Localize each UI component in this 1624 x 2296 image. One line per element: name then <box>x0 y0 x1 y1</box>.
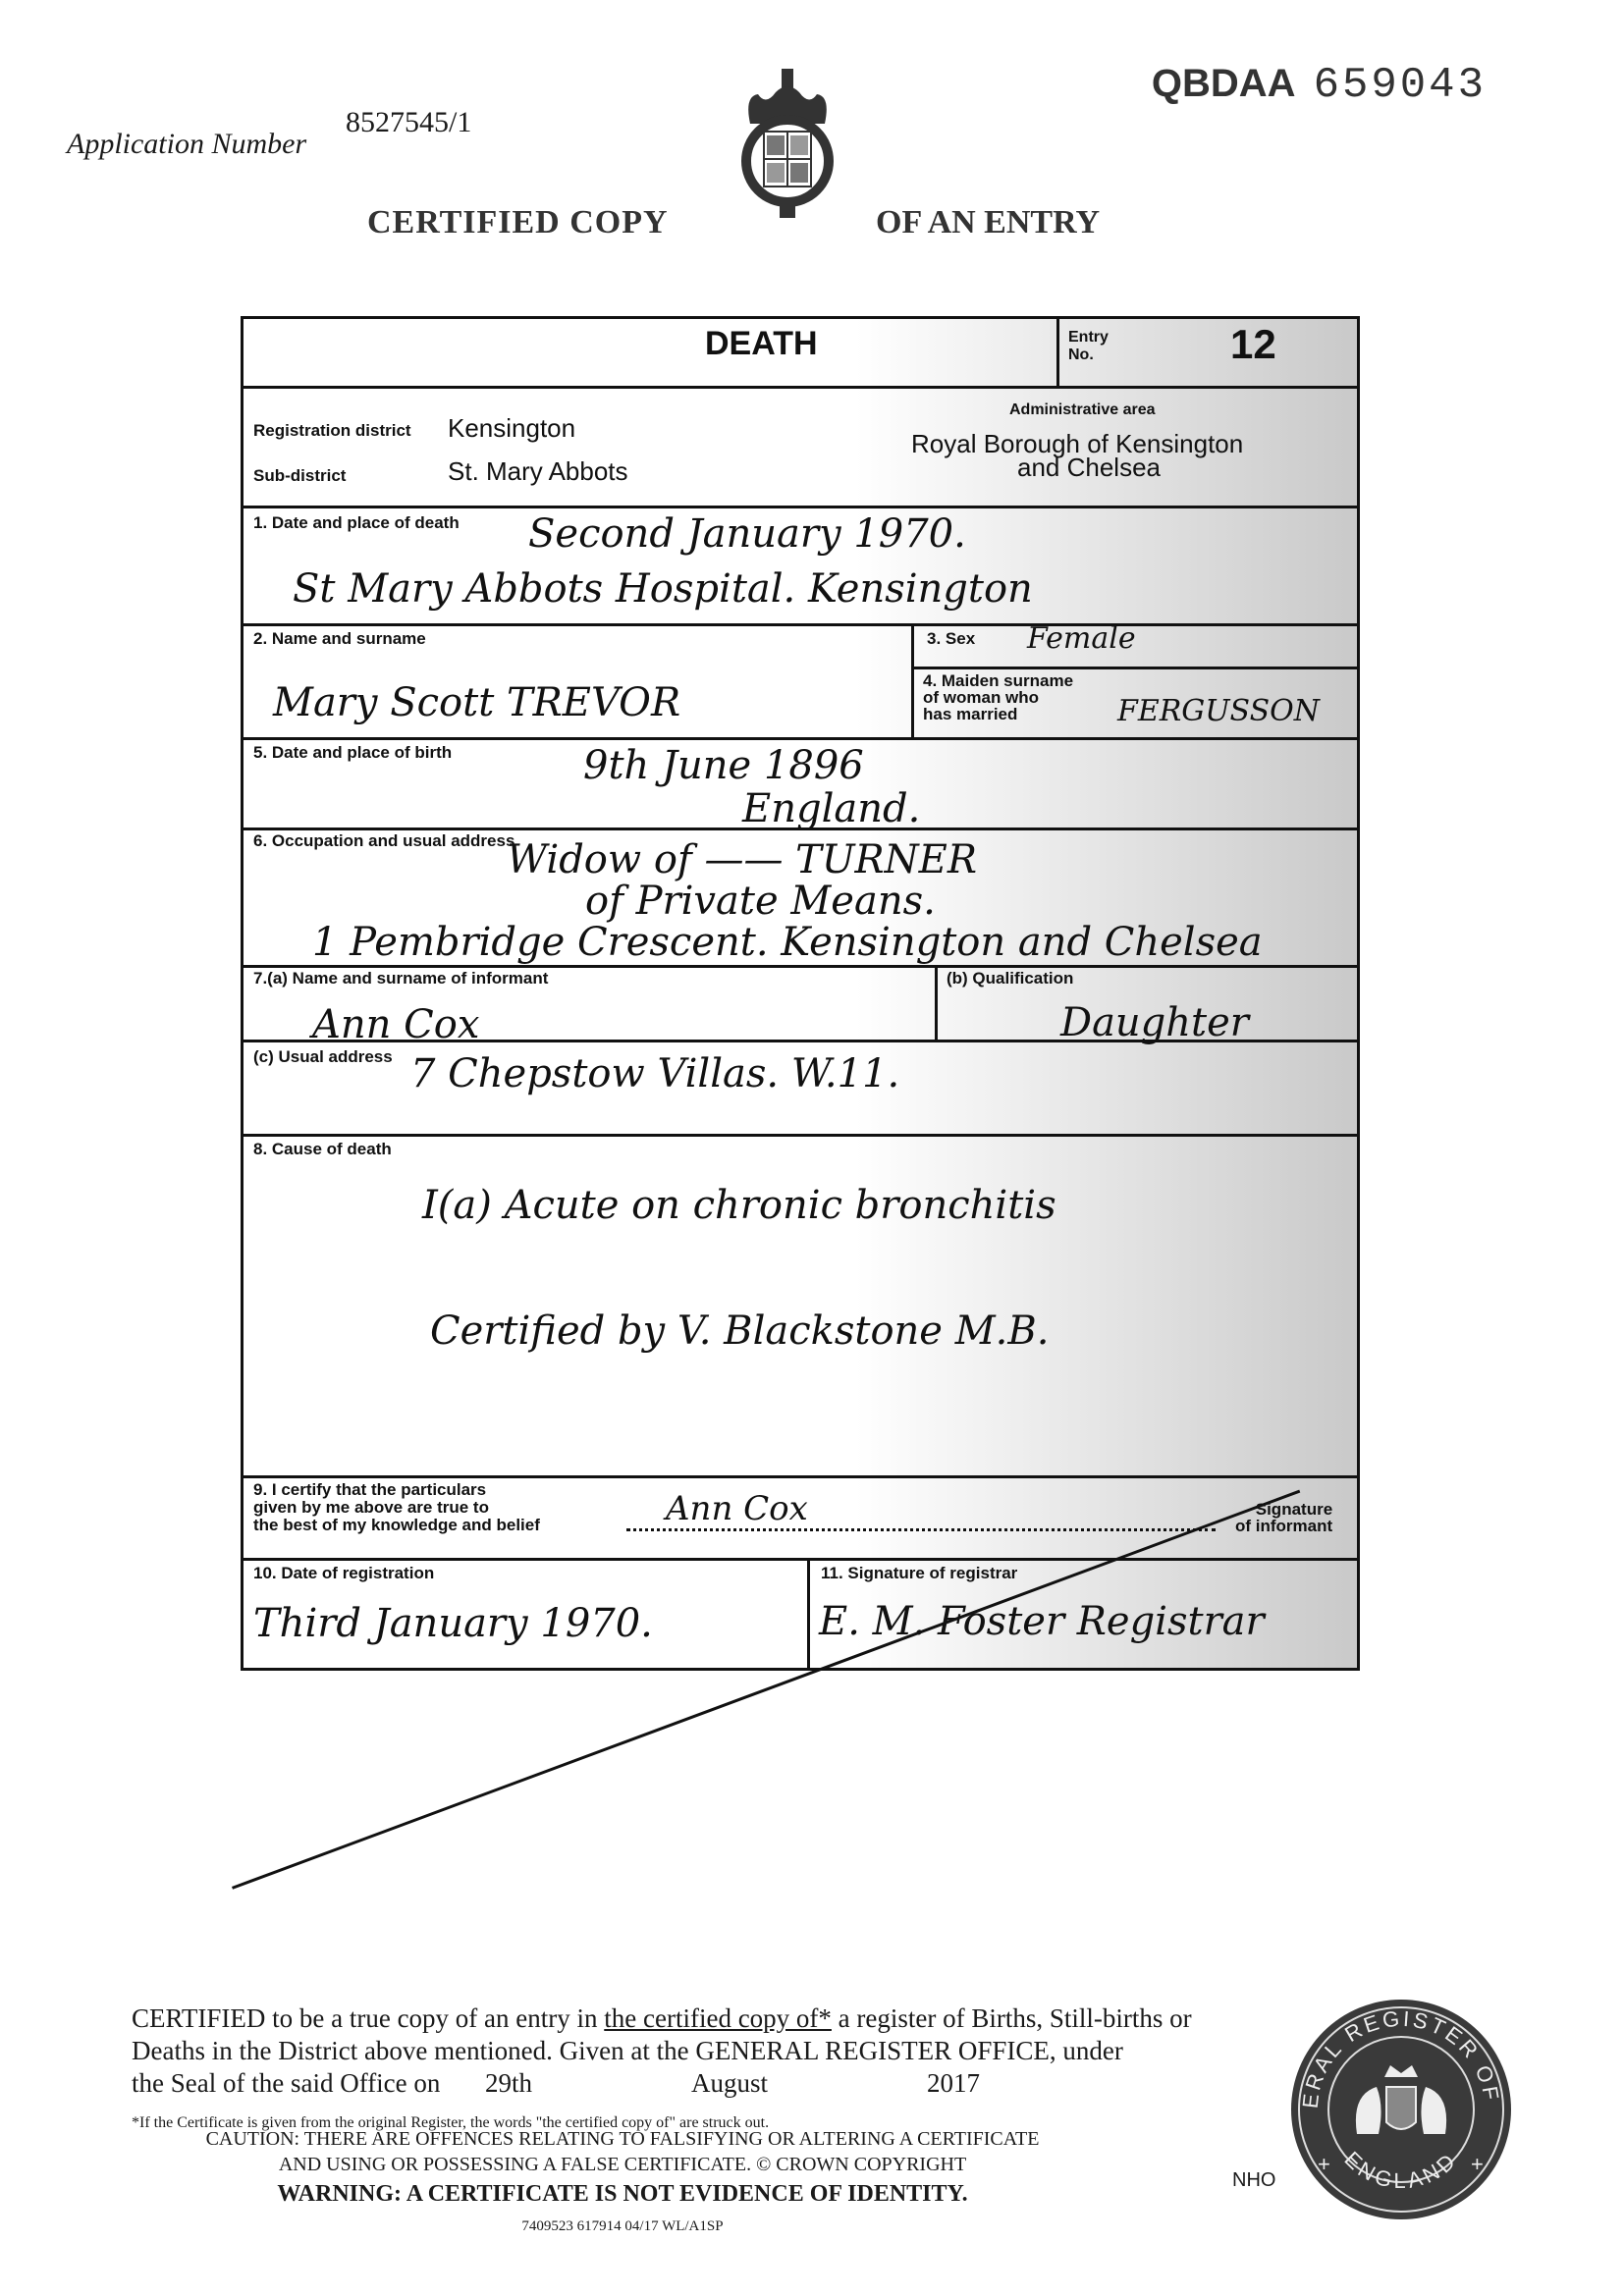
date-place-of-birth-label: 5. Date and place of birth <box>253 743 452 763</box>
svg-text:+: + <box>1471 2152 1484 2176</box>
row-divider <box>244 1134 1357 1137</box>
informant-signature: Ann Cox <box>666 1489 808 1528</box>
entry-number: 12 <box>1230 321 1276 368</box>
divider <box>935 965 938 1040</box>
general-register-office-seal-icon: GENERAL REGISTER OFFICE ENGLAND + + <box>1288 1997 1514 2222</box>
registrar-signature: E. M. Foster Registrar <box>819 1599 1265 1644</box>
nho-code: NHO <box>1232 2169 1275 2192</box>
application-number: 8527545/1 <box>346 106 471 139</box>
usual-address: 1 Pembridge Crescent. Kensington and Che… <box>312 920 1263 965</box>
informant-address: 7 Chepstow Villas. W.11. <box>410 1051 899 1096</box>
svg-text:+: + <box>1318 2152 1330 2176</box>
caution-line-1: CAUTION: THERE ARE OFFENCES RELATING TO … <box>132 2128 1113 2151</box>
registrar-signature-label: 11. Signature of registrar <box>821 1564 1017 1583</box>
underlined-certified-copy: the certified copy of* <box>604 2003 832 2033</box>
cause-of-death: I(a) Acute on chronic bronchitis <box>422 1183 1056 1228</box>
name-surname: Mary Scott TREVOR <box>273 680 680 725</box>
row-divider <box>244 1558 1357 1561</box>
occupation-line-2: of Private Means. <box>585 879 936 924</box>
issue-month: August <box>691 2067 927 2100</box>
divider <box>911 623 914 737</box>
entry-label: Entry <box>1068 329 1109 347</box>
admin-area-line-2: and Chelsea <box>1017 453 1161 483</box>
warning-text: WARNING: A CERTIFICATE IS NOT EVIDENCE O… <box>132 2181 1113 2208</box>
row-divider <box>911 667 1357 669</box>
row-divider <box>244 623 1357 626</box>
maiden-surname: FERGUSSON <box>1117 694 1320 728</box>
signature-of-informant-label: Signature of informant <box>1235 1501 1332 1534</box>
informant-certify-label: 9. I certify that the particulars given … <box>253 1481 540 1534</box>
admin-area-label: Administrative area <box>1009 401 1156 419</box>
date-place-of-death-label: 1. Date and place of death <box>253 513 460 533</box>
sex-label: 3. Sex <box>927 629 975 649</box>
registration-district-label: Registration district <box>253 421 411 441</box>
caution-line-2: AND USING OR POSSESSING A FALSE CERTIFIC… <box>132 2154 1113 2176</box>
date-of-death: Second January 1970. <box>528 511 966 557</box>
application-number-label: Application Number <box>67 128 306 161</box>
issue-day: 29th <box>485 2067 691 2100</box>
certificate-serial: QBDAA 659043 <box>1152 61 1487 110</box>
row-divider <box>244 1040 1357 1042</box>
maiden-surname-label: 4. Maiden surname of woman who has marri… <box>923 672 1073 722</box>
occupation-line-1: Widow of —— TURNER <box>507 837 977 882</box>
issue-date-line: the Seal of the said Office on 29th Augu… <box>132 2067 1221 2100</box>
title-certified-copy: CERTIFIED COPY <box>367 204 669 241</box>
form-code: 7409523 617914 04/17 WL/A1SP <box>132 2218 1113 2235</box>
occupation-address-label: 6. Occupation and usual address <box>253 831 514 851</box>
sub-district-label: Sub-district <box>253 466 346 486</box>
row-divider <box>244 965 1357 968</box>
date-of-birth: 9th June 1896 <box>583 743 864 788</box>
serial-number: 659043 <box>1314 61 1487 110</box>
royal-coat-of-arms-icon <box>736 67 839 220</box>
informant-address-label: (c) Usual address <box>253 1047 393 1067</box>
registration-district: Kensington <box>448 413 575 444</box>
title-of-an-entry: OF AN ENTRY <box>876 204 1100 241</box>
certified-by: Certified by V. Blackstone M.B. <box>430 1308 1049 1354</box>
place-of-birth: England. <box>742 786 920 831</box>
form-type: DEATH <box>705 325 818 363</box>
row-divider <box>244 828 1357 830</box>
divider <box>807 1558 810 1668</box>
qualification-label: (b) Qualification <box>947 969 1073 988</box>
issue-year: 2017 <box>927 2067 980 2100</box>
name-surname-label: 2. Name and surname <box>253 629 426 649</box>
row-divider <box>244 737 1357 740</box>
row-divider <box>244 506 1357 508</box>
informant-name-label: 7.(a) Name and surname of informant <box>253 969 548 988</box>
place-of-death: St Mary Abbots Hospital. Kensington <box>293 566 1033 612</box>
divider <box>1056 319 1059 386</box>
row-divider <box>244 386 1357 389</box>
registration-date: Third January 1970. <box>253 1601 653 1646</box>
cause-of-death-label: 8. Cause of death <box>253 1140 392 1159</box>
sex: Female <box>1027 621 1136 656</box>
death-entry-form: DEATH Entry No. 12 Registration district… <box>241 316 1360 1671</box>
signature-line <box>626 1528 1216 1531</box>
sub-district: St. Mary Abbots <box>448 456 628 487</box>
serial-prefix: QBDAA <box>1152 62 1296 106</box>
certification-statement: CERTIFIED to be a true copy of an entry … <box>132 2002 1221 2100</box>
registration-date-label: 10. Date of registration <box>253 1564 434 1583</box>
row-divider <box>244 1475 1357 1478</box>
entry-no-label: No. <box>1068 347 1094 364</box>
